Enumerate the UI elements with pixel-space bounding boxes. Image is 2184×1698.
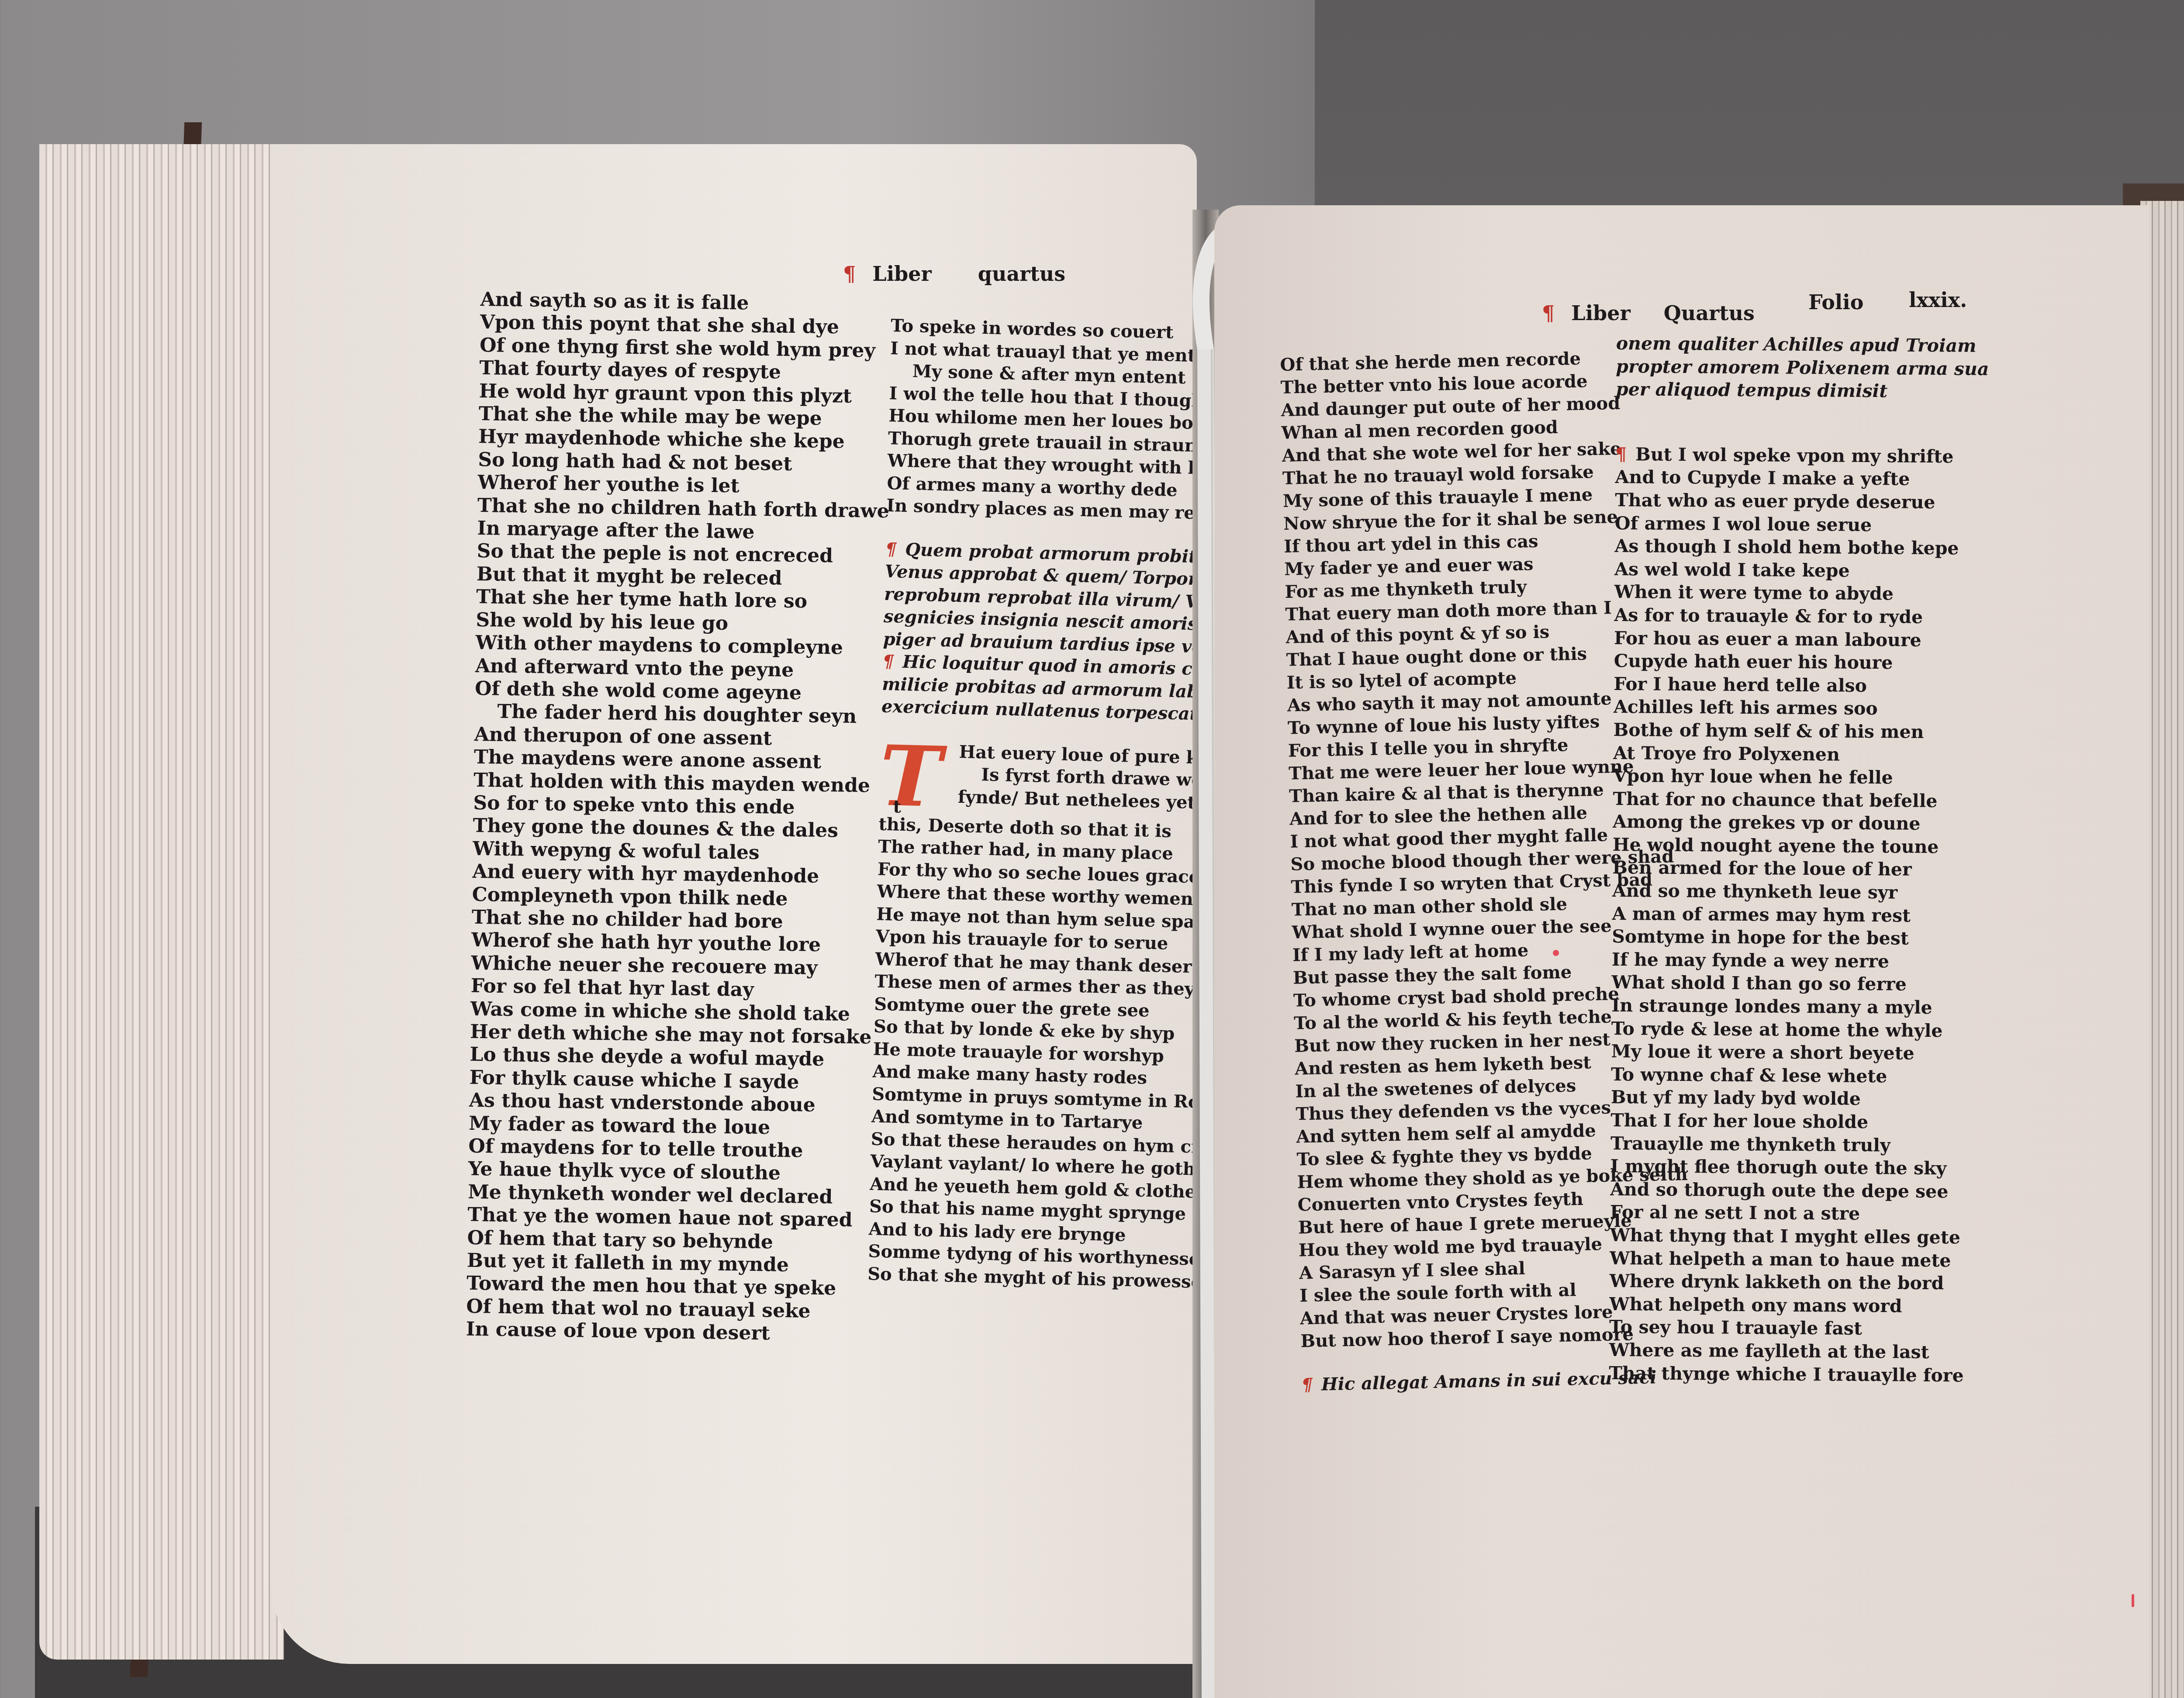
text-line: A man of armes may hym rest [1612,902,1985,928]
text-line: Of armes I wol loue serue [1615,512,1988,538]
text-line: As for to trauayle & for to ryde [1614,604,1987,629]
text-line: per aliquod tempus dimisit [1616,378,1989,404]
text-line: Bothe of hym self & of his men [1613,718,1986,744]
verse: ¶But I wol speke vpon my shrifteAnd to C… [1609,443,1988,1387]
text-line: And so thorugh oute the depe see [1610,1178,1983,1204]
text-line: But yf my lady byd wolde [1611,1086,1984,1111]
text-line: To ryde & lese at home the whyle [1611,1017,1984,1043]
text-line: Ben armed for the loue of her [1612,856,1985,882]
text-line: If he may fynde a wey nerre [1612,948,1985,974]
text-line: As though I shold hem bothe kepe [1614,535,1987,560]
folio-number: lxxix. [1909,288,1967,312]
text-line: What shold I than go so ferre [1611,971,1984,997]
pilcrow-icon: ¶ [1615,444,1627,465]
text-line: Cupyde hath euer his houre [1614,649,1987,675]
right-running-head: ¶ Liber Quartus [1542,301,1755,325]
running-head-liber: Liber [1571,301,1630,325]
text-line: propter amorem Polixenem arma sua [1616,355,1989,381]
pilcrow-icon: ¶ [882,651,894,672]
text-line: He wold nought ayene the toune [1613,833,1986,859]
text-line: To sey hou I trauayle fast [1609,1315,1982,1341]
running-head-quartus: Quartus [1664,301,1755,325]
text-line: What helpeth a man to haue mete [1610,1247,1983,1273]
left-page-column-1: And sayth so as it is falleVpon this poy… [466,288,892,1347]
text-line: onem qualiter Achilles apud Troiam [1616,332,1989,358]
running-head-liber: Liber [872,262,931,286]
text-line: My loue it were a short beyete [1611,1040,1984,1066]
text-line: And so me thynketh leue syr [1612,879,1985,905]
text-line: Vpon hyr loue when he felle [1613,764,1986,790]
pilcrow-icon: ¶ [1542,301,1555,325]
text-line: Among the grekes vp or doune [1613,810,1986,836]
latin-gloss-top: onem qualiter Achilles apud Troiampropte… [1616,332,1989,404]
red-initial-t-icon: T t [879,739,946,814]
text-line: That I for her loue sholde [1610,1109,1984,1135]
text-line: For I haue herd telle also [1614,673,1987,698]
text-line: That who as euer pryde deserue [1615,489,1988,514]
running-head-quartus: quartus [978,262,1065,286]
folio-label: Folio [1808,290,1863,314]
text-line: ¶But I wol speke vpon my shrifte [1615,443,1988,469]
pilcrow-icon: ¶ [885,538,897,559]
text-line: To wynne chaf & lese whete [1611,1063,1984,1089]
text-line: Somtyme in hope for the best [1612,925,1985,951]
text-line: That thynge whiche I trauaylle fore [1609,1361,1982,1387]
left-running-head: ¶ Liber quartus [843,262,1065,286]
text-line: Achilles left his armes soo [1614,695,1987,721]
text-line: For al ne sett I not a stre [1610,1201,1983,1226]
text-line: That for no chaunce that befelle [1613,787,1986,813]
text-line: Trauaylle me thynketh truly [1610,1132,1984,1158]
red-stain-mark [1553,950,1559,956]
text-line: What helpeth ony mans word [1609,1293,1982,1318]
text-line: Where drynk lakketh on the bord [1610,1270,1983,1295]
text-line: For hou as euer a man laboure [1614,627,1987,652]
red-stain-mark [2132,1594,2134,1607]
text-line: In straunge londes many a myle [1611,994,1984,1020]
text-line: I myght flee thorugh oute the sky [1610,1155,1983,1180]
pilcrow-icon: ¶ [1301,1374,1313,1395]
text-line: Where as me faylleth at the last [1609,1339,1982,1364]
text-line: At Troye fro Polyxenen [1613,741,1986,767]
left-page-block-edge [39,144,284,1660]
text-line: What thyng that I myght elles gete [1610,1224,1983,1249]
text-line: When it were tyme to abyde [1614,580,1987,606]
pilcrow-icon: ¶ [843,262,856,286]
text-line: And to Cupyde I make a yefte [1615,466,1988,491]
text-line: As wel wold I take kepe [1614,558,1987,583]
right-page-column-2: onem qualiter Achilles apud Troiampropte… [1609,332,1989,1387]
